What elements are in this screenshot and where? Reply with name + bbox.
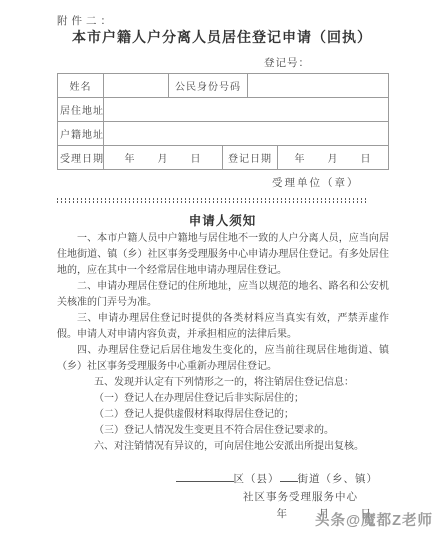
- notice-title: 申请人须知: [57, 211, 388, 229]
- name-label: 姓名: [58, 74, 104, 98]
- notice-paragraph-5: 五、发现并认定有下列情形之一的，将注销居住登记信息：: [57, 375, 389, 391]
- residence-address-value-cell: [104, 98, 389, 122]
- signature-line-district: 区（县）街道（乡、镇）: [176, 471, 379, 486]
- notice-paragraph-3: 三、申请办理居住登记时提供的各类材料应当真实有效，严禁弄虚作假。申请人对申请内容…: [57, 311, 389, 343]
- notice-paragraph-2: 二、申请办理居住登记的住所地址，应当以规范的地名、路名和公安机关核准的门弄号为准…: [57, 279, 389, 311]
- table-row-residence-address: 居住地址: [58, 98, 389, 122]
- household-address-label: 户籍地址: [58, 122, 104, 146]
- table-row-household-address: 户籍地址: [58, 122, 389, 146]
- acceptance-date-value-cell: 年 月 日: [104, 146, 223, 170]
- residence-registration-form-page: 附件二： 本市户籍人户分离人员居住登记申请（回执） 登记号： 姓名 公民身份号码…: [0, 0, 435, 534]
- citizen-id-label: 公民身份号码: [169, 74, 248, 98]
- registration-date-value-cell: 年 月 日: [278, 146, 389, 170]
- notice-paragraph-1: 一、本市户籍人员中户籍地与居住地不一致的人户分离人员，应当向居住地街道、镇（乡）…: [57, 231, 389, 279]
- acceptance-date-label: 受理日期: [58, 146, 104, 170]
- notice-subitem-2: （二）登记人提供虚假材料取得居住登记的；: [57, 407, 389, 423]
- table-row-name-id: 姓名 公民身份号码: [58, 74, 389, 98]
- notice-subitem-1: （一）登记人在办理居住登记后非实际居住的；: [57, 391, 389, 407]
- accepting-unit-seal-label: 受理单位（章）: [272, 175, 360, 190]
- residence-address-label: 居住地址: [58, 98, 104, 122]
- citizen-id-value-cell: [248, 74, 389, 98]
- name-value-cell: [104, 74, 169, 98]
- household-address-value-cell: [104, 122, 389, 146]
- table-row-dates: 受理日期 年 月 日 登记日期 年 月 日: [58, 146, 389, 170]
- notice-paragraph-6: 六、对注销情况有异议的，可向居住地公安派出所提出复核。: [57, 439, 389, 455]
- page-title: 本市户籍人户分离人员居住登记申请（回执）: [52, 27, 392, 47]
- district-label: 区（县）: [234, 474, 280, 485]
- registration-form-table: 姓名 公民身份号码 居住地址 户籍地址 受理日期 年 月 日 登记日期 年 月 …: [57, 73, 389, 170]
- district-blank-line: [176, 471, 234, 482]
- attachment-label: 附件二：: [57, 13, 115, 28]
- registration-number-label: 登记号：: [264, 55, 310, 70]
- notice-subitem-3: （三）登记人情况发生变更且不符合居住登记要求的。: [57, 423, 389, 439]
- signature-line-center: 社区事务受理服务中心: [243, 489, 358, 504]
- cut-line-divider: [57, 198, 367, 203]
- registration-date-label: 登记日期: [223, 146, 278, 170]
- notice-body: 一、本市户籍人员中户籍地与居住地不一致的人户分离人员，应当向居住地街道、镇（乡）…: [57, 231, 389, 455]
- watermark-text: 头条@魔都Z老师: [315, 509, 433, 530]
- street-blank-line: [280, 471, 298, 482]
- street-label: 街道（乡、镇）: [298, 474, 379, 485]
- notice-paragraph-4: 四、办理居住登记后居住地发生变化的，应当前往现居住地街道、镇（乡）社区事务受理服…: [57, 343, 389, 375]
